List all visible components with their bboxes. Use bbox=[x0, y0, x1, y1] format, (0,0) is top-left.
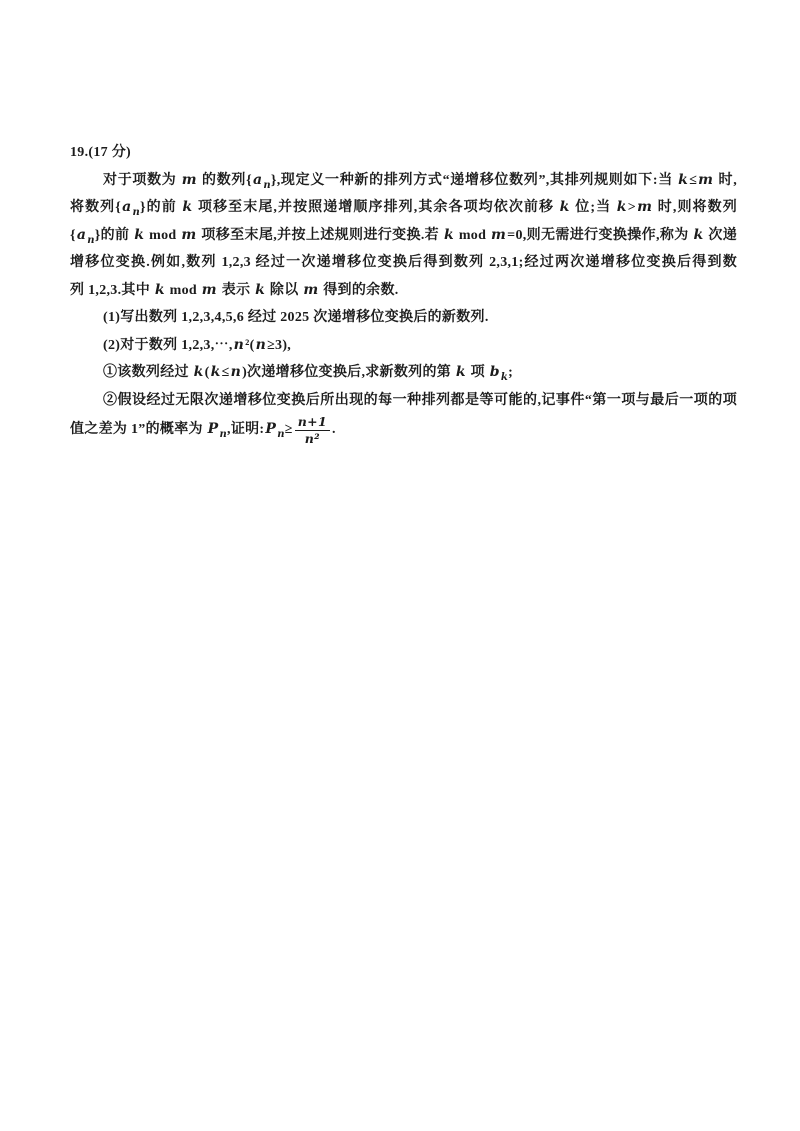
intro-line-1: 对于项数为 m 的数列{an},现定义一种新的排列方式“递增移位数列”,其排列规… bbox=[70, 167, 737, 195]
text-segment: 将数列{ bbox=[70, 200, 121, 215]
text-segment: =0,则无需进行变换操作,称为 bbox=[507, 228, 692, 243]
text-segment: (2)对于数列 1,2,3,⋯, bbox=[103, 338, 233, 353]
math-variable: a bbox=[252, 172, 263, 188]
text-segment: mod bbox=[455, 228, 490, 243]
math-variable: n bbox=[233, 337, 245, 353]
math-variable: k bbox=[443, 227, 455, 243]
part2-sub2-line-2: 值之差为 1”的概率为 Pn,证明:Pn≥n+1n². bbox=[70, 414, 737, 442]
math-variable: P bbox=[264, 421, 277, 437]
math-variable: m bbox=[490, 227, 507, 243]
text-segment: 时, bbox=[714, 173, 737, 188]
text-segment: 增移位变换.例如,数列 1,2,3 经过一次递增移位变换后得到数列 2,3,1;… bbox=[70, 255, 737, 270]
math-variable: a bbox=[121, 199, 132, 215]
math-variable: m bbox=[697, 172, 714, 188]
part2-sub2-line-1: ②假设经过无限次递增移位变换后所出现的每一种排列都是等可能的,记事件“第一项与最… bbox=[70, 387, 737, 415]
text-segment: 对于项数为 bbox=[103, 173, 181, 188]
problem-text-block: 19.(17 分)对于项数为 m 的数列{an},现定义一种新的排列方式“递增移… bbox=[70, 139, 737, 442]
math-subscript: n bbox=[263, 180, 271, 191]
math-variable: k bbox=[559, 199, 571, 215]
text-segment: mod bbox=[145, 228, 180, 243]
math-variable: k bbox=[616, 199, 628, 215]
text-segment: }的前 bbox=[140, 200, 181, 215]
text-segment: 项移至末尾,并按上述规则进行变换.若 bbox=[198, 228, 443, 243]
text-segment: 项 bbox=[467, 365, 489, 380]
text-segment: ②假设经过无限次递增移位变换后所出现的每一种排列都是等可能的,记事件“第一项与最… bbox=[103, 393, 737, 408]
math-variable: m bbox=[180, 227, 197, 243]
math-subscript: n bbox=[219, 429, 227, 440]
intro-line-4: 增移位变换.例如,数列 1,2,3 经过一次递增移位变换后得到数列 2,3,1;… bbox=[70, 249, 737, 277]
text-segment: ≥3), bbox=[267, 338, 291, 353]
part2-sub1-line: ①该数列经过 k(k≤n)次递增移位变换后,求新数列的第 k 项 bk; bbox=[70, 359, 737, 387]
math-variable: m bbox=[636, 199, 653, 215]
text-segment: 19.(17 分) bbox=[70, 145, 131, 160]
text-segment: },现定义一种新的排列方式“递增移位数列”,其排列规则如下:当 bbox=[271, 173, 677, 188]
question-number-line: 19.(17 分) bbox=[70, 139, 737, 167]
document-page: 19.(17 分)对于项数为 m 的数列{an},现定义一种新的排列方式“递增移… bbox=[0, 0, 800, 1131]
text-segment: mod bbox=[166, 283, 201, 298]
math-variable: k bbox=[692, 227, 704, 243]
text-segment: . bbox=[332, 422, 336, 437]
text-segment: { bbox=[70, 228, 76, 243]
math-variable: m bbox=[181, 172, 198, 188]
text-segment: ≤ bbox=[689, 173, 697, 188]
math-variable: k bbox=[154, 282, 166, 298]
fraction-denominator: n² bbox=[295, 431, 330, 446]
part2-line: (2)对于数列 1,2,3,⋯,n²(n≥3), bbox=[70, 332, 737, 360]
intro-line-3: {an}的前 k mod m 项移至末尾,并按上述规则进行变换.若 k mod … bbox=[70, 222, 737, 250]
text-segment: ²( bbox=[245, 338, 254, 353]
text-segment: ①该数列经过 bbox=[103, 365, 193, 380]
math-variable: b bbox=[489, 364, 501, 380]
math-subscript: n bbox=[87, 235, 95, 246]
text-segment: 除以 bbox=[266, 283, 302, 298]
fraction-numerator: n+1 bbox=[295, 415, 330, 431]
math-variable: k bbox=[455, 364, 467, 380]
text-segment: 的数列{ bbox=[198, 173, 252, 188]
math-subscript: k bbox=[501, 372, 508, 383]
text-segment: (1)写出数列 1,2,3,4,5,6 经过 2025 次递增移位变换后的新数列… bbox=[103, 310, 489, 325]
text-segment: ≥ bbox=[285, 422, 293, 437]
text-segment: 时,则将数列 bbox=[653, 200, 737, 215]
part1-line: (1)写出数列 1,2,3,4,5,6 经过 2025 次递增移位变换后的新数列… bbox=[70, 304, 737, 332]
math-variable: k bbox=[254, 282, 266, 298]
text-segment: 次递 bbox=[704, 228, 737, 243]
text-segment: 项移至末尾,并按照递增顺序排列,其余各项均依次前移 bbox=[193, 200, 558, 215]
math-subscript: n bbox=[277, 429, 285, 440]
text-segment: 值之差为 1”的概率为 bbox=[70, 422, 207, 437]
intro-line-2: 将数列{an}的前 k 项移至末尾,并按照递增顺序排列,其余各项均依次前移 k … bbox=[70, 194, 737, 222]
text-segment: 位;当 bbox=[571, 200, 616, 215]
text-segment: ≤ bbox=[222, 365, 230, 380]
text-segment: 列 1,2,3.其中 bbox=[70, 283, 154, 298]
text-segment: 表示 bbox=[218, 283, 254, 298]
math-variable: m bbox=[302, 282, 319, 298]
text-segment: 得到的余数. bbox=[319, 283, 398, 298]
math-variable: m bbox=[201, 282, 218, 298]
math-variable: k bbox=[133, 227, 145, 243]
text-segment: }的前 bbox=[95, 228, 134, 243]
math-variable: P bbox=[207, 421, 220, 437]
math-variable: k bbox=[210, 364, 222, 380]
text-segment: ; bbox=[508, 365, 513, 380]
math-variable: n bbox=[230, 364, 242, 380]
math-variable: a bbox=[76, 227, 87, 243]
math-variable: n bbox=[255, 337, 267, 353]
text-segment: > bbox=[628, 200, 636, 215]
math-variable: k bbox=[181, 199, 193, 215]
math-variable: k bbox=[193, 364, 205, 380]
text-segment: )次递增移位变换后,求新数列的第 bbox=[242, 365, 455, 380]
math-variable: k bbox=[677, 172, 689, 188]
math-fraction: n+1n² bbox=[295, 415, 330, 447]
math-subscript: n bbox=[132, 207, 140, 218]
text-segment: ( bbox=[205, 365, 210, 380]
intro-line-5: 列 1,2,3.其中 k mod m 表示 k 除以 m 得到的余数. bbox=[70, 277, 737, 305]
text-segment: ,证明: bbox=[227, 422, 264, 437]
